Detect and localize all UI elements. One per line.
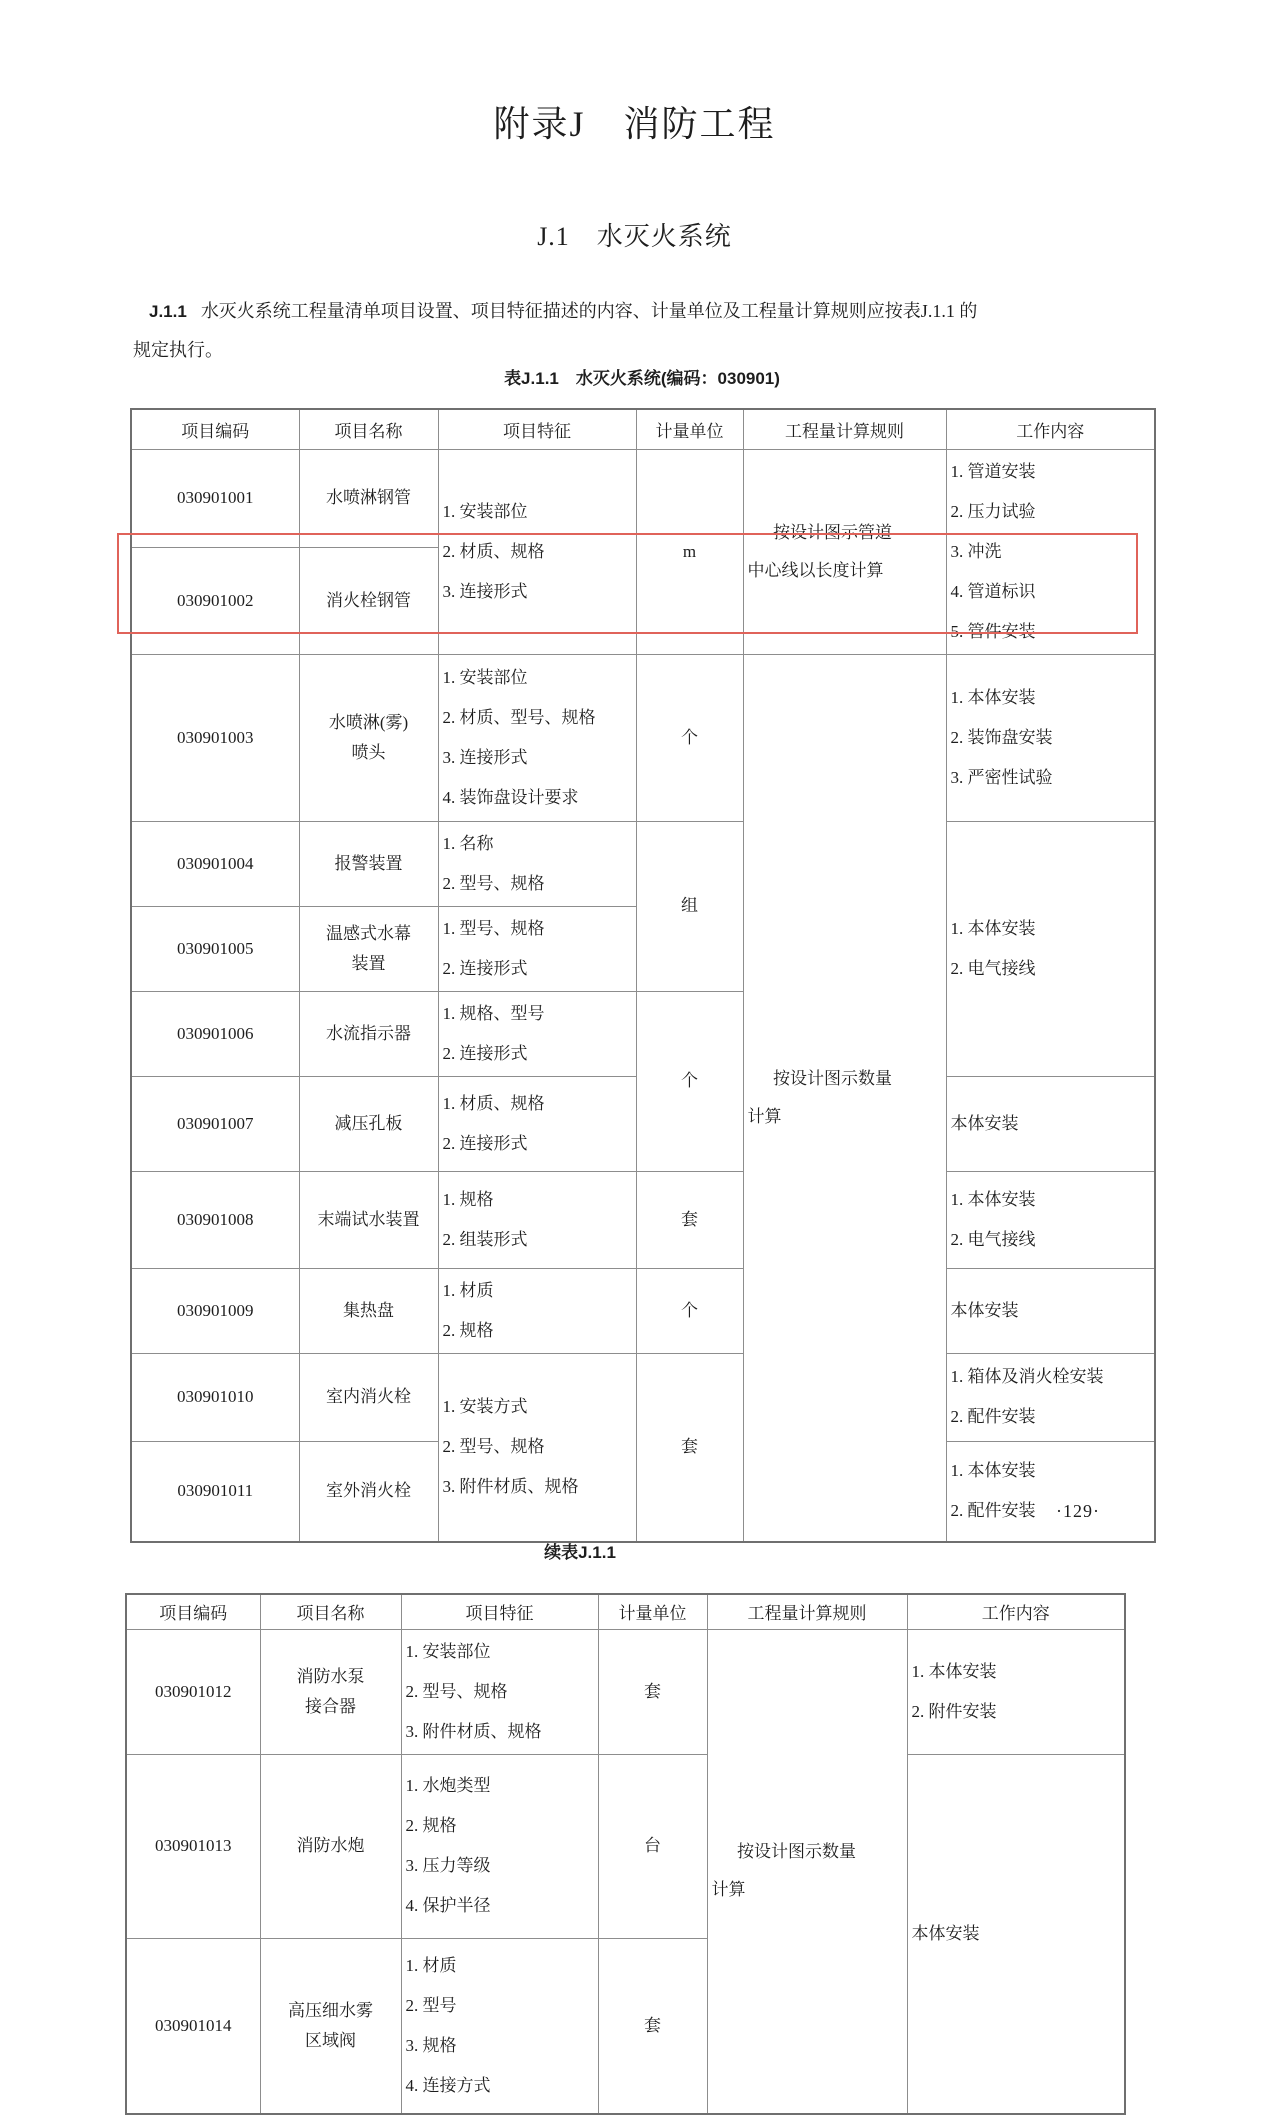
section-heading: J.1 水灭火系统 (0, 216, 1269, 253)
paragraph-line1: J.1.1水灭火系统工程量清单项目设置、项目特征描述的内容、计量单位及工程量计算… (133, 292, 1173, 331)
paragraph-text: 水灭火系统工程量清单项目设置、项目特征描述的内容、计量单位及工程量计算规则应按表… (201, 301, 978, 321)
table-row: 030901003 水喷淋(雾) 喷头 1. 安装部位 2. 材质、型号、规格 … (131, 654, 1155, 821)
page-title: 附录J 消防工程 (0, 96, 1269, 147)
header-name: 项目名称 (299, 409, 438, 449)
name-cell: 消火栓钢管 (299, 548, 438, 654)
header-code: 项目编码 (126, 1594, 260, 1629)
unit-cell: 个 (636, 654, 743, 821)
table-row: 030901009 集热盘 1. 材质 2. 规格 个 本体安装 (131, 1268, 1155, 1353)
table-row: 030901013 消防水炮 1. 水炮类型 2. 规格 3. 压力等级 4. … (126, 1754, 1125, 1938)
unit-cell: 个 (636, 991, 743, 1171)
header-code: 项目编码 (131, 409, 299, 449)
unit-cell: 套 (598, 1629, 707, 1754)
work-cell: 本体安装 (946, 1268, 1155, 1353)
rule-cell: 按设计图示数量 计算 (707, 1629, 907, 2114)
features-cell: 1. 材质、规格 2. 连接形式 (438, 1076, 636, 1171)
table-row: 030901008 末端试水装置 1. 规格 2. 组装形式 套 1. 本体安装… (131, 1171, 1155, 1268)
name-cell: 室内消火栓 (299, 1353, 438, 1441)
work-cell: 1. 管道安装 2. 压力试验 3. 冲洗 4. 管道标识 5. 管件安装 (946, 449, 1155, 654)
header-work: 工作内容 (907, 1594, 1125, 1629)
unit-cell: 个 (636, 1268, 743, 1353)
work-cell: 本体安装 (946, 1076, 1155, 1171)
unit-cell: 套 (636, 1353, 743, 1542)
name-cell: 减压孔板 (299, 1076, 438, 1171)
header-unit: 计量单位 (636, 409, 743, 449)
features-cell: 1. 安装部位 2. 型号、规格 3. 附件材质、规格 (401, 1629, 598, 1754)
name-cell: 消防水泵 接合器 (260, 1629, 401, 1754)
code-cell: 030901008 (131, 1171, 299, 1268)
features-cell: 1. 安装部位 2. 材质、规格 3. 连接形式 (438, 449, 636, 654)
name-cell: 集热盘 (299, 1268, 438, 1353)
work-cell: 1. 本体安装 2. 配件安装 (946, 1441, 1155, 1542)
name-cell: 末端试水装置 (299, 1171, 438, 1268)
name-cell: 水喷淋钢管 (299, 449, 438, 548)
code-cell: 030901004 (131, 821, 299, 906)
table-row: 030901010 室内消火栓 1. 安装方式 2. 型号、规格 3. 附件材质… (131, 1353, 1155, 1441)
header-features: 项目特征 (401, 1594, 598, 1629)
rule-cell: 按设计图示管道 中心线以长度计算 (743, 449, 946, 654)
header-features: 项目特征 (438, 409, 636, 449)
work-cell: 1. 本体安装 2. 电气接线 (946, 821, 1155, 1076)
features-cell: 1. 材质 2. 规格 (438, 1268, 636, 1353)
code-cell: 030901014 (126, 1938, 260, 2114)
unit-cell: 套 (598, 1938, 707, 2114)
name-cell: 报警装置 (299, 821, 438, 906)
header-work: 工作内容 (946, 409, 1155, 449)
table1-caption: 表J.1.1 水灭火系统(编码：030901) (130, 364, 1154, 389)
work-cell: 1. 本体安装 2. 装饰盘安装 3. 严密性试验 (946, 654, 1155, 821)
code-cell: 030901011 (131, 1441, 299, 1542)
unit-cell: m (636, 449, 743, 654)
name-cell: 水喷淋(雾) 喷头 (299, 654, 438, 821)
table2-caption: 续表J.1.1 (450, 1538, 710, 1563)
features-cell: 1. 安装部位 2. 材质、型号、规格 3. 连接形式 4. 装饰盘设计要求 (438, 654, 636, 821)
code-cell: 030901010 (131, 1353, 299, 1441)
features-cell: 1. 材质 2. 型号 3. 规格 4. 连接方式 (401, 1938, 598, 2114)
code-cell: 030901009 (131, 1268, 299, 1353)
rule-cell: 按设计图示数量 计算 (743, 654, 946, 1542)
page-number: ·129· (1056, 1501, 1100, 1522)
code-cell: 030901013 (126, 1754, 260, 1938)
code-cell: 030901003 (131, 654, 299, 821)
table-row: 030901012 消防水泵 接合器 1. 安装部位 2. 型号、规格 3. 附… (126, 1629, 1125, 1754)
work-cell: 1. 本体安装 2. 附件安装 (907, 1629, 1125, 1754)
code-cell: 030901002 (131, 548, 299, 654)
name-cell: 水流指示器 (299, 991, 438, 1076)
code-cell: 030901006 (131, 991, 299, 1076)
table1-header-row: 项目编码 项目名称 项目特征 计量单位 工程量计算规则 工作内容 (131, 409, 1155, 449)
name-cell: 温感式水幕 装置 (299, 906, 438, 991)
work-cell: 1. 箱体及消火栓安装 2. 配件安装 (946, 1353, 1155, 1441)
features-cell: 1. 规格、型号 2. 连接形式 (438, 991, 636, 1076)
code-cell: 030901001 (131, 449, 299, 548)
spec-table-1: 项目编码 项目名称 项目特征 计量单位 工程量计算规则 工作内容 0309010… (130, 408, 1156, 1543)
unit-cell: 组 (636, 821, 743, 991)
paragraph-j11: J.1.1水灭火系统工程量清单项目设置、项目特征描述的内容、计量单位及工程量计算… (133, 292, 1173, 369)
spec-table-2: 项目编码 项目名称 项目特征 计量单位 工程量计算规则 工作内容 0309010… (125, 1593, 1126, 2115)
features-cell: 1. 名称 2. 型号、规格 (438, 821, 636, 906)
header-name: 项目名称 (260, 1594, 401, 1629)
name-cell: 室外消火栓 (299, 1441, 438, 1542)
paragraph-label: J.1.1 (133, 302, 201, 321)
code-cell: 030901005 (131, 906, 299, 991)
table2-header-row: 项目编码 项目名称 项目特征 计量单位 工程量计算规则 工作内容 (126, 1594, 1125, 1629)
name-cell: 高压细水雾 区域阀 (260, 1938, 401, 2114)
header-rule: 工程量计算规则 (707, 1594, 907, 1629)
code-cell: 030901007 (131, 1076, 299, 1171)
name-cell: 消防水炮 (260, 1754, 401, 1938)
features-cell: 1. 规格 2. 组装形式 (438, 1171, 636, 1268)
table-row: 030901001 水喷淋钢管 1. 安装部位 2. 材质、规格 3. 连接形式… (131, 449, 1155, 548)
work-cell: 本体安装 (907, 1754, 1125, 2114)
features-cell: 1. 型号、规格 2. 连接形式 (438, 906, 636, 991)
work-cell: 1. 本体安装 2. 电气接线 (946, 1171, 1155, 1268)
header-rule: 工程量计算规则 (743, 409, 946, 449)
unit-cell: 套 (636, 1171, 743, 1268)
unit-cell: 台 (598, 1754, 707, 1938)
header-unit: 计量单位 (598, 1594, 707, 1629)
features-cell: 1. 安装方式 2. 型号、规格 3. 附件材质、规格 (438, 1353, 636, 1542)
features-cell: 1. 水炮类型 2. 规格 3. 压力等级 4. 保护半径 (401, 1754, 598, 1938)
code-cell: 030901012 (126, 1629, 260, 1754)
table-row: 030901004 报警装置 1. 名称 2. 型号、规格 组 1. 本体安装 … (131, 821, 1155, 906)
